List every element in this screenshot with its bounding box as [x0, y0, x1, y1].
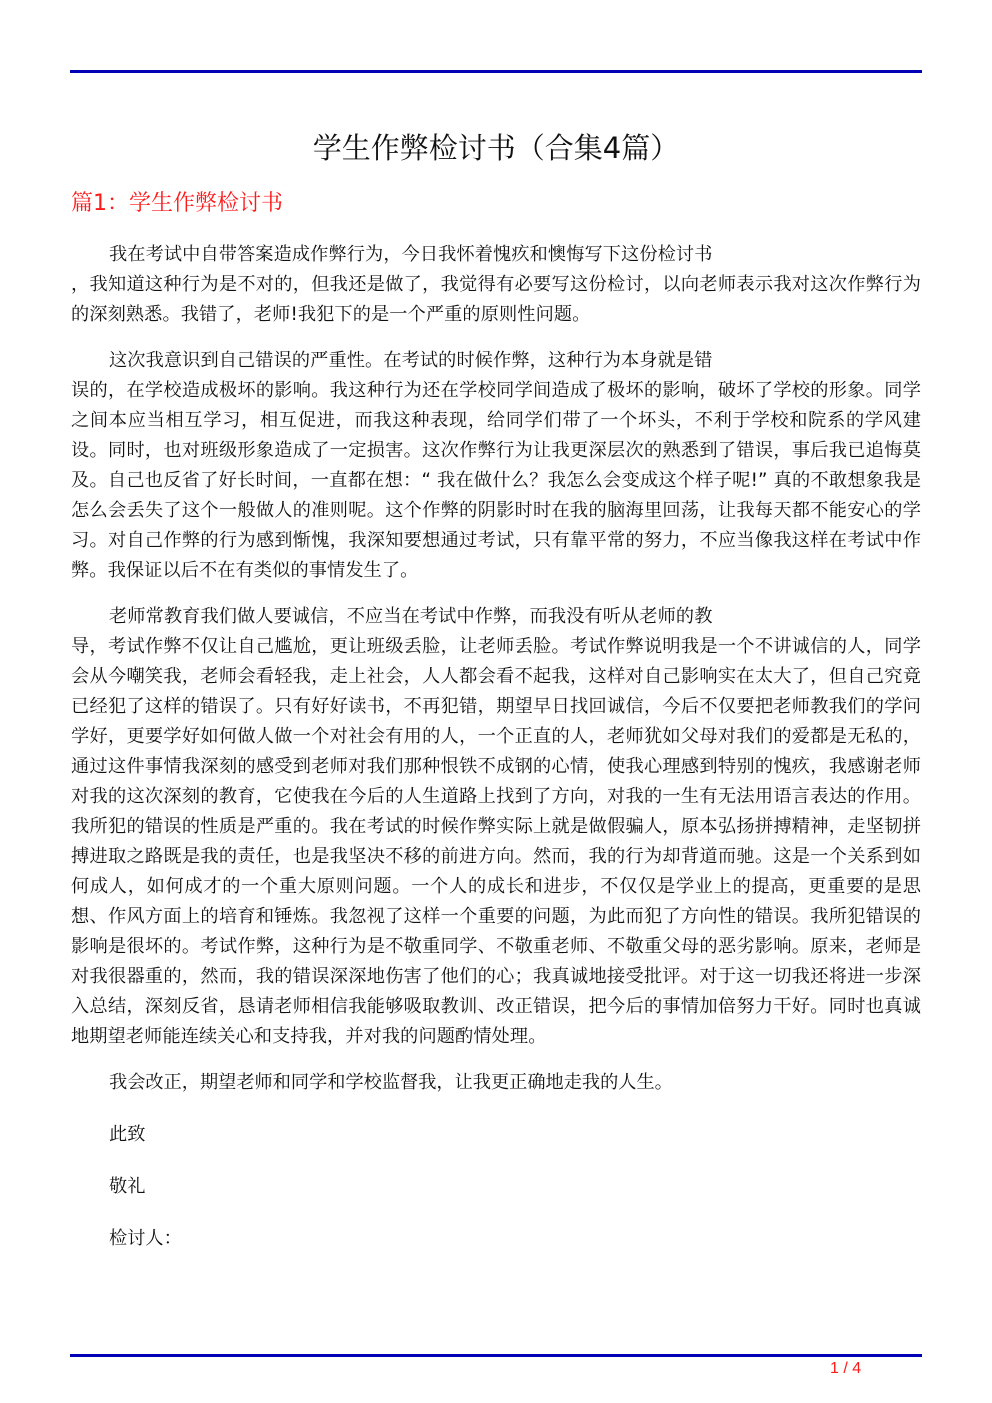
paragraph-rest: 导，考试作弊不仅让自己尴尬，更让班级丢脸，让老师丢脸。考试作弊说明我是一个不讲诚…	[71, 636, 921, 1047]
section-heading: 篇1：学生作弊检讨书	[71, 187, 283, 221]
salutation-jingli: 敬礼	[109, 1172, 921, 1202]
paragraph-2: 这次我意识到自己错误的严重性。在考试的时候作弊，这种行为本身就是错误的，在学校造…	[71, 346, 921, 586]
paragraph-lead: 我在考试中自带答案造成作弊行为，今日我怀着愧疚和懊悔写下这份检讨书	[71, 240, 921, 270]
signature-label: 检讨人：	[109, 1224, 921, 1254]
salutation-cizhi: 此致	[109, 1120, 921, 1150]
page-indicator: 1 / 4	[830, 1359, 890, 1379]
document-body: 我在考试中自带答案造成作弊行为，今日我怀着愧疚和懊悔写下这份检讨书，我知道这种行…	[71, 240, 921, 1276]
footer-rule	[70, 1354, 922, 1357]
paragraph-lead: 这次我意识到自己错误的严重性。在考试的时候作弊，这种行为本身就是错	[71, 346, 921, 376]
paragraph-3: 老师常教育我们做人要诚信，不应当在考试中作弊，而我没有听从老师的教导，考试作弊不…	[71, 602, 921, 1052]
document-title: 学生作弊检讨书（合集4篇）	[0, 128, 992, 168]
paragraph-rest: 误的，在学校造成极坏的影响。我这种行为还在学校同学间造成了极坏的影响，破坏了学校…	[71, 380, 921, 581]
paragraph-rest: ，我知道这种行为是不对的，但我还是做了，我觉得有必要写这份检讨，以向老师表示我对…	[71, 274, 921, 325]
paragraph-1: 我在考试中自带答案造成作弊行为，今日我怀着愧疚和懊悔写下这份检讨书，我知道这种行…	[71, 240, 921, 330]
header-rule	[70, 70, 922, 73]
paragraph-lead: 老师常教育我们做人要诚信，不应当在考试中作弊，而我没有听从老师的教	[71, 602, 921, 632]
closing-statement: 我会改正，期望老师和同学和学校监督我，让我更正确地走我的人生。	[109, 1068, 921, 1098]
